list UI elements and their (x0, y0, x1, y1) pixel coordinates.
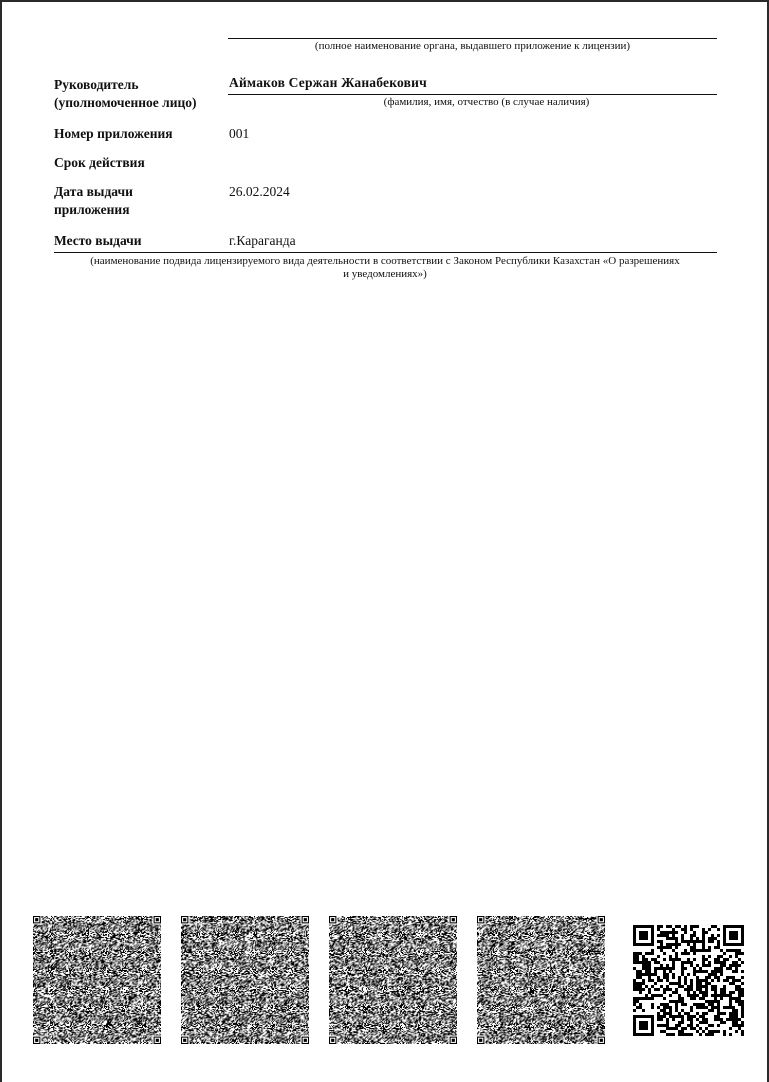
subtype-line (54, 252, 717, 253)
qr-code-1 (33, 916, 161, 1044)
qr-code-icon (633, 925, 744, 1036)
place-value: г.Караганда (229, 232, 296, 249)
issuer-line (228, 38, 717, 39)
qr-code-3 (329, 916, 457, 1044)
subtype-caption-line1: (наименование подвида лицензируемого вид… (40, 255, 730, 268)
qr-code-2 (181, 916, 309, 1044)
head-value: Аймаков Сержан Жанабекович (229, 75, 427, 91)
qr-code-icon (33, 916, 161, 1044)
qr-code-icon (329, 916, 457, 1044)
head-caption: (фамилия, имя, отчество (в случае наличи… (228, 96, 745, 109)
issue-date-value: 26.02.2024 (229, 183, 290, 200)
qr-code-5 (633, 925, 744, 1036)
place-label: Место выдачи (54, 232, 142, 249)
qr-code-icon (181, 916, 309, 1044)
head-label-line1: Руководитель (54, 76, 139, 93)
number-label: Номер приложения (54, 125, 173, 142)
subtype-caption-line2: и уведомлениях») (40, 268, 730, 281)
qr-code-4 (477, 916, 605, 1044)
head-label-line2: (уполномоченное лицо) (54, 94, 197, 111)
head-line (228, 94, 717, 95)
qr-code-icon (477, 916, 605, 1044)
issue-date-label-line2: приложения (54, 201, 130, 218)
number-value: 001 (229, 125, 249, 142)
validity-label: Срок действия (54, 154, 145, 171)
issue-date-label-line1: Дата выдачи (54, 183, 133, 200)
issuer-caption: (полное наименование органа, выдавшего п… (228, 40, 717, 53)
